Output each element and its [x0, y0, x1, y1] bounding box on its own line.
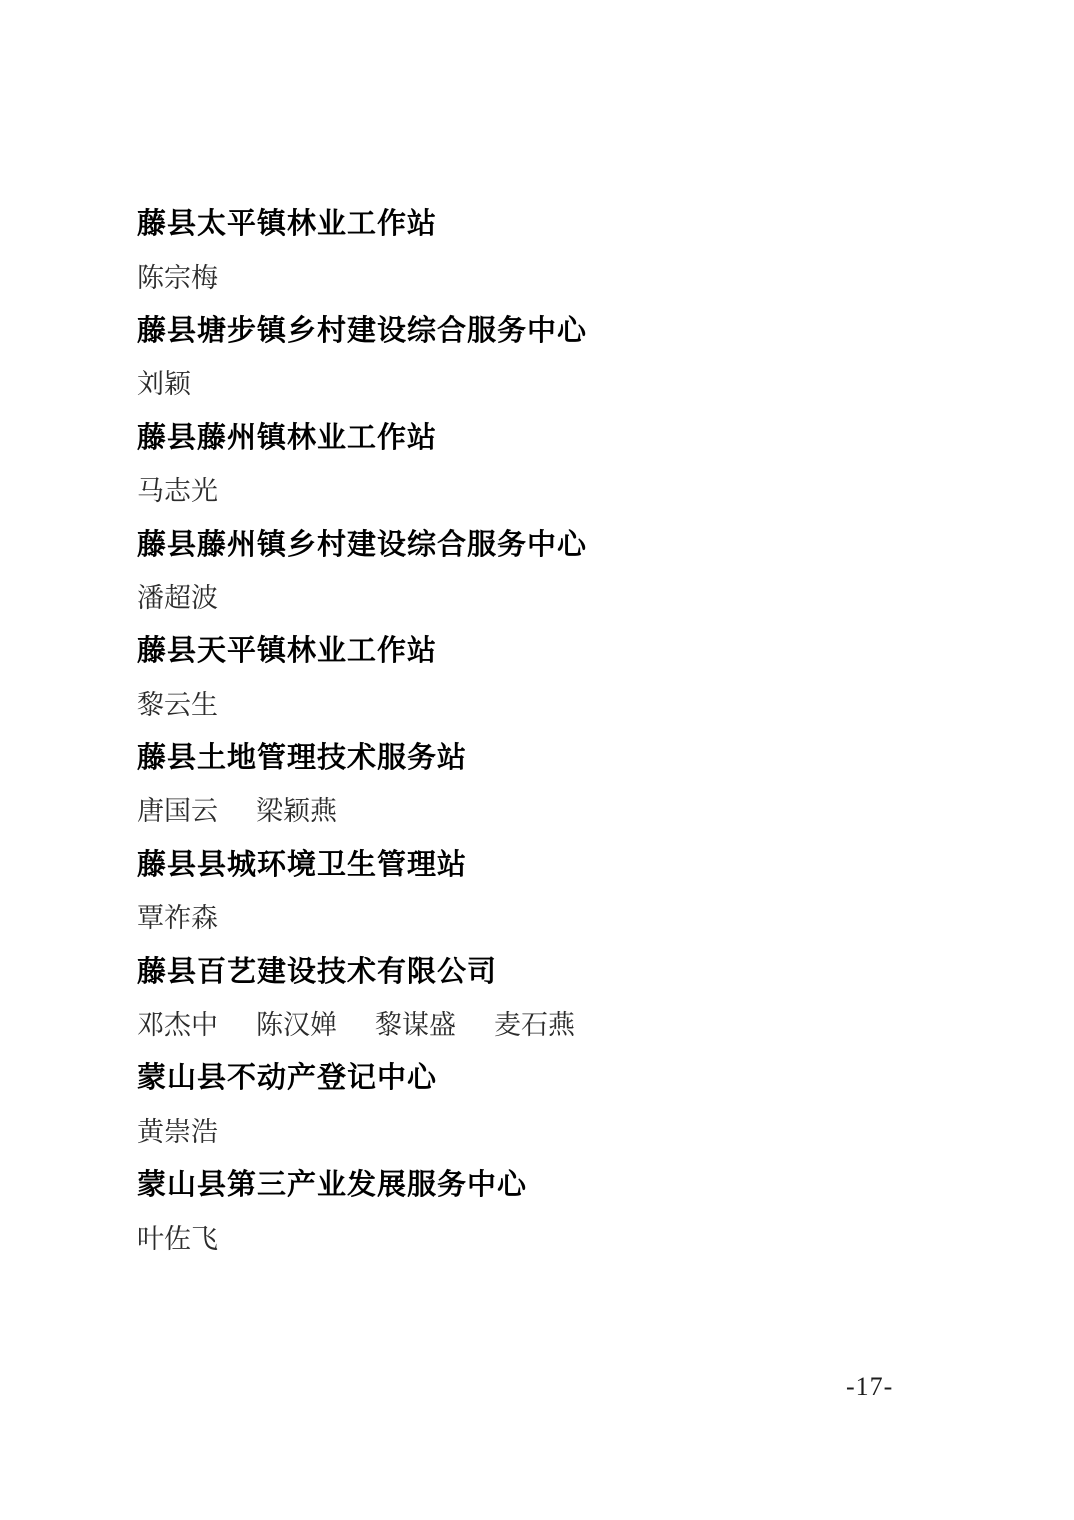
org-line: 藤县太平镇林业工作站 [137, 195, 1014, 248]
names-line: 唐国云梁颖燕 [137, 782, 1014, 835]
org-line: 藤县藤州镇乡村建设综合服务中心 [137, 515, 1014, 568]
person-name: 黄崇浩 [137, 1110, 218, 1149]
org-name: 藤县天平镇林业工作站 [137, 628, 437, 669]
org-name: 蒙山县不动产登记中心 [137, 1055, 437, 1096]
entry-list: 藤县太平镇林业工作站 陈宗梅 藤县塘步镇乡村建设综合服务中心 刘颖 藤县藤州镇林… [137, 195, 1014, 1263]
person-name: 邓杰中 [137, 1003, 218, 1042]
org-name: 藤县藤州镇乡村建设综合服务中心 [137, 522, 587, 563]
names-line: 叶佐飞 [137, 1209, 1014, 1262]
person-name: 潘超波 [137, 576, 218, 615]
awardee-names: 刘颖 [137, 362, 191, 401]
page-number: -17- [846, 1372, 893, 1402]
org-name: 藤县太平镇林业工作站 [137, 201, 437, 242]
awardee-names: 覃祚森 [137, 896, 218, 935]
person-name: 覃祚森 [137, 896, 218, 935]
person-name: 刘颖 [137, 362, 191, 401]
names-line: 覃祚森 [137, 889, 1014, 942]
awardee-names: 黎云生 [137, 683, 218, 722]
org-line: 藤县塘步镇乡村建设综合服务中心 [137, 302, 1014, 355]
person-name: 麦石燕 [494, 1003, 575, 1042]
org-line: 藤县百艺建设技术有限公司 [137, 942, 1014, 995]
person-name: 叶佐飞 [137, 1217, 218, 1256]
org-name: 藤县塘步镇乡村建设综合服务中心 [137, 308, 587, 349]
names-line: 刘颖 [137, 355, 1014, 408]
person-name: 陈汉婵 [256, 1003, 337, 1042]
person-name: 陈宗梅 [137, 256, 218, 295]
awardee-names: 邓杰中陈汉婵黎谋盛麦石燕 [137, 1003, 575, 1042]
person-name: 黎云生 [137, 683, 218, 722]
awardee-names: 唐国云梁颖燕 [137, 789, 337, 828]
org-name: 藤县县城环境卫生管理站 [137, 842, 467, 883]
org-line: 藤县天平镇林业工作站 [137, 622, 1014, 675]
org-line: 蒙山县不动产登记中心 [137, 1049, 1014, 1102]
org-line: 藤县藤州镇林业工作站 [137, 409, 1014, 462]
org-line: 藤县土地管理技术服务站 [137, 729, 1014, 782]
names-line: 陈宗梅 [137, 248, 1014, 301]
person-name: 黎谋盛 [375, 1003, 456, 1042]
names-line: 黎云生 [137, 676, 1014, 729]
awardee-names: 潘超波 [137, 576, 218, 615]
person-name: 唐国云 [137, 789, 218, 828]
names-line: 马志光 [137, 462, 1014, 515]
names-line: 邓杰中陈汉婵黎谋盛麦石燕 [137, 996, 1014, 1049]
org-line: 蒙山县第三产业发展服务中心 [137, 1156, 1014, 1209]
names-line: 潘超波 [137, 569, 1014, 622]
org-name: 藤县藤州镇林业工作站 [137, 415, 437, 456]
person-name: 梁颖燕 [256, 789, 337, 828]
document-page: 藤县太平镇林业工作站 陈宗梅 藤县塘步镇乡村建设综合服务中心 刘颖 藤县藤州镇林… [0, 0, 1074, 1520]
org-line: 藤县县城环境卫生管理站 [137, 836, 1014, 889]
awardee-names: 叶佐飞 [137, 1217, 218, 1256]
org-name: 藤县百艺建设技术有限公司 [137, 949, 497, 990]
awardee-names: 陈宗梅 [137, 256, 218, 295]
org-name: 藤县土地管理技术服务站 [137, 735, 467, 776]
person-name: 马志光 [137, 469, 218, 508]
names-line: 黄崇浩 [137, 1103, 1014, 1156]
org-name: 蒙山县第三产业发展服务中心 [137, 1162, 527, 1203]
awardee-names: 黄崇浩 [137, 1110, 218, 1149]
awardee-names: 马志光 [137, 469, 218, 508]
